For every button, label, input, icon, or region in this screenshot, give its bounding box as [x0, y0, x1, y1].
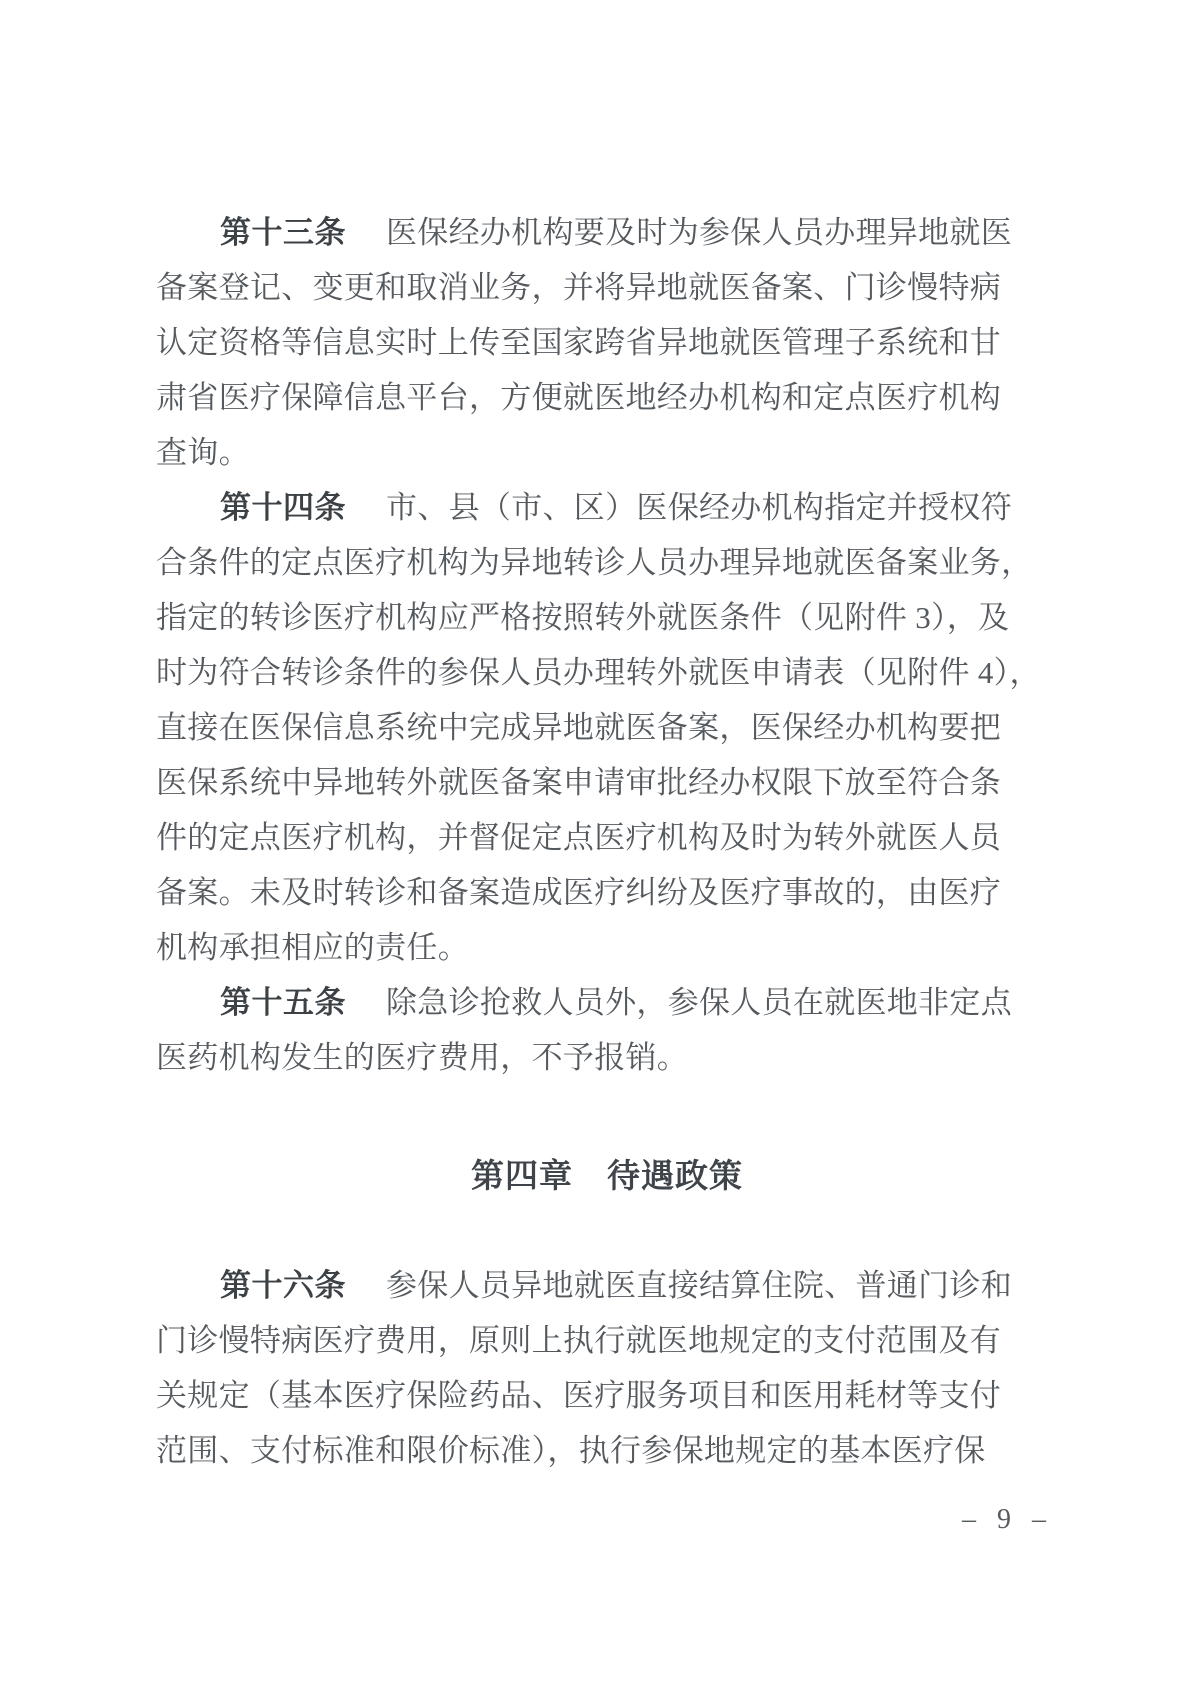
article-16-number: 第十六条 [220, 1268, 346, 1303]
document-page: 第十三条医保经办机构要及时为参保人员办理异地就医 备案登记、变更和取消业务，并将… [0, 0, 1200, 1697]
article-16-opening-line: 第十六条参保人员异地就医直接结算住院、普通门诊和 [156, 1258, 1058, 1313]
page-number: – 9 – [962, 1504, 1053, 1536]
body-line: 关规定（基本医疗保险药品、医疗服务项目和医用耗材等支付 [156, 1368, 1058, 1423]
article-13-number: 第十三条 [220, 215, 346, 250]
chapter-heading: 第四章 待遇政策 [156, 1148, 1058, 1203]
body-line: 查询。 [156, 425, 1058, 480]
body-line: 指定的转诊医疗机构应严格按照转外就医条件（见附件 3），及 [156, 590, 1058, 645]
article-15-opening-line: 第十五条除急诊抢救人员外，参保人员在就医地非定点 [156, 975, 1058, 1030]
body-line: 门诊慢特病医疗费用，原则上执行就医地规定的支付范围及有 [156, 1313, 1058, 1368]
article-line-text: 除急诊抢救人员外，参保人员在就医地非定点 [386, 985, 1012, 1020]
body-line: 肃省医疗保障信息平台，方便就医地经办机构和定点医疗机构 [156, 370, 1058, 425]
article-line-text: 市、县（市、区）医保经办机构指定并授权符 [386, 490, 1012, 525]
body-line: 备案。未及时转诊和备案造成医疗纠纷及医疗事故的，由医疗 [156, 865, 1058, 920]
article-line-text: 参保人员异地就医直接结算住院、普通门诊和 [386, 1268, 1012, 1303]
article-14-opening-line: 第十四条市、县（市、区）医保经办机构指定并授权符 [156, 480, 1058, 535]
article-14-number: 第十四条 [220, 490, 346, 525]
body-line: 直接在医保信息系统中完成异地就医备案，医保经办机构要把 [156, 700, 1058, 755]
blank-line [156, 1085, 1058, 1140]
body-line: 件的定点医疗机构，并督促定点医疗机构及时为转外就医人员 [156, 810, 1058, 865]
body-line: 范围、支付标准和限价标准），执行参保地规定的基本医疗保 [156, 1423, 1058, 1478]
body-line: 时为符合转诊条件的参保人员办理转外就医申请表（见附件 4）， [156, 645, 1058, 700]
body-line: 机构承担相应的责任。 [156, 920, 1058, 975]
body-line: 认定资格等信息实时上传至国家跨省异地就医管理子系统和甘 [156, 315, 1058, 370]
blank-line [156, 1203, 1058, 1258]
article-13-opening-line: 第十三条医保经办机构要及时为参保人员办理异地就医 [156, 205, 1058, 260]
document-text-block: 第十三条医保经办机构要及时为参保人员办理异地就医 备案登记、变更和取消业务，并将… [156, 205, 1058, 1478]
body-line: 备案登记、变更和取消业务，并将异地就医备案、门诊慢特病 [156, 260, 1058, 315]
article-15-number: 第十五条 [220, 985, 346, 1020]
body-line: 医药机构发生的医疗费用，不予报销。 [156, 1030, 1058, 1085]
article-line-text: 医保经办机构要及时为参保人员办理异地就医 [386, 215, 1012, 250]
body-line: 合条件的定点医疗机构为异地转诊人员办理异地就医备案业务， [156, 535, 1058, 590]
body-line: 医保系统中异地转外就医备案申请审批经办权限下放至符合条 [156, 755, 1058, 810]
